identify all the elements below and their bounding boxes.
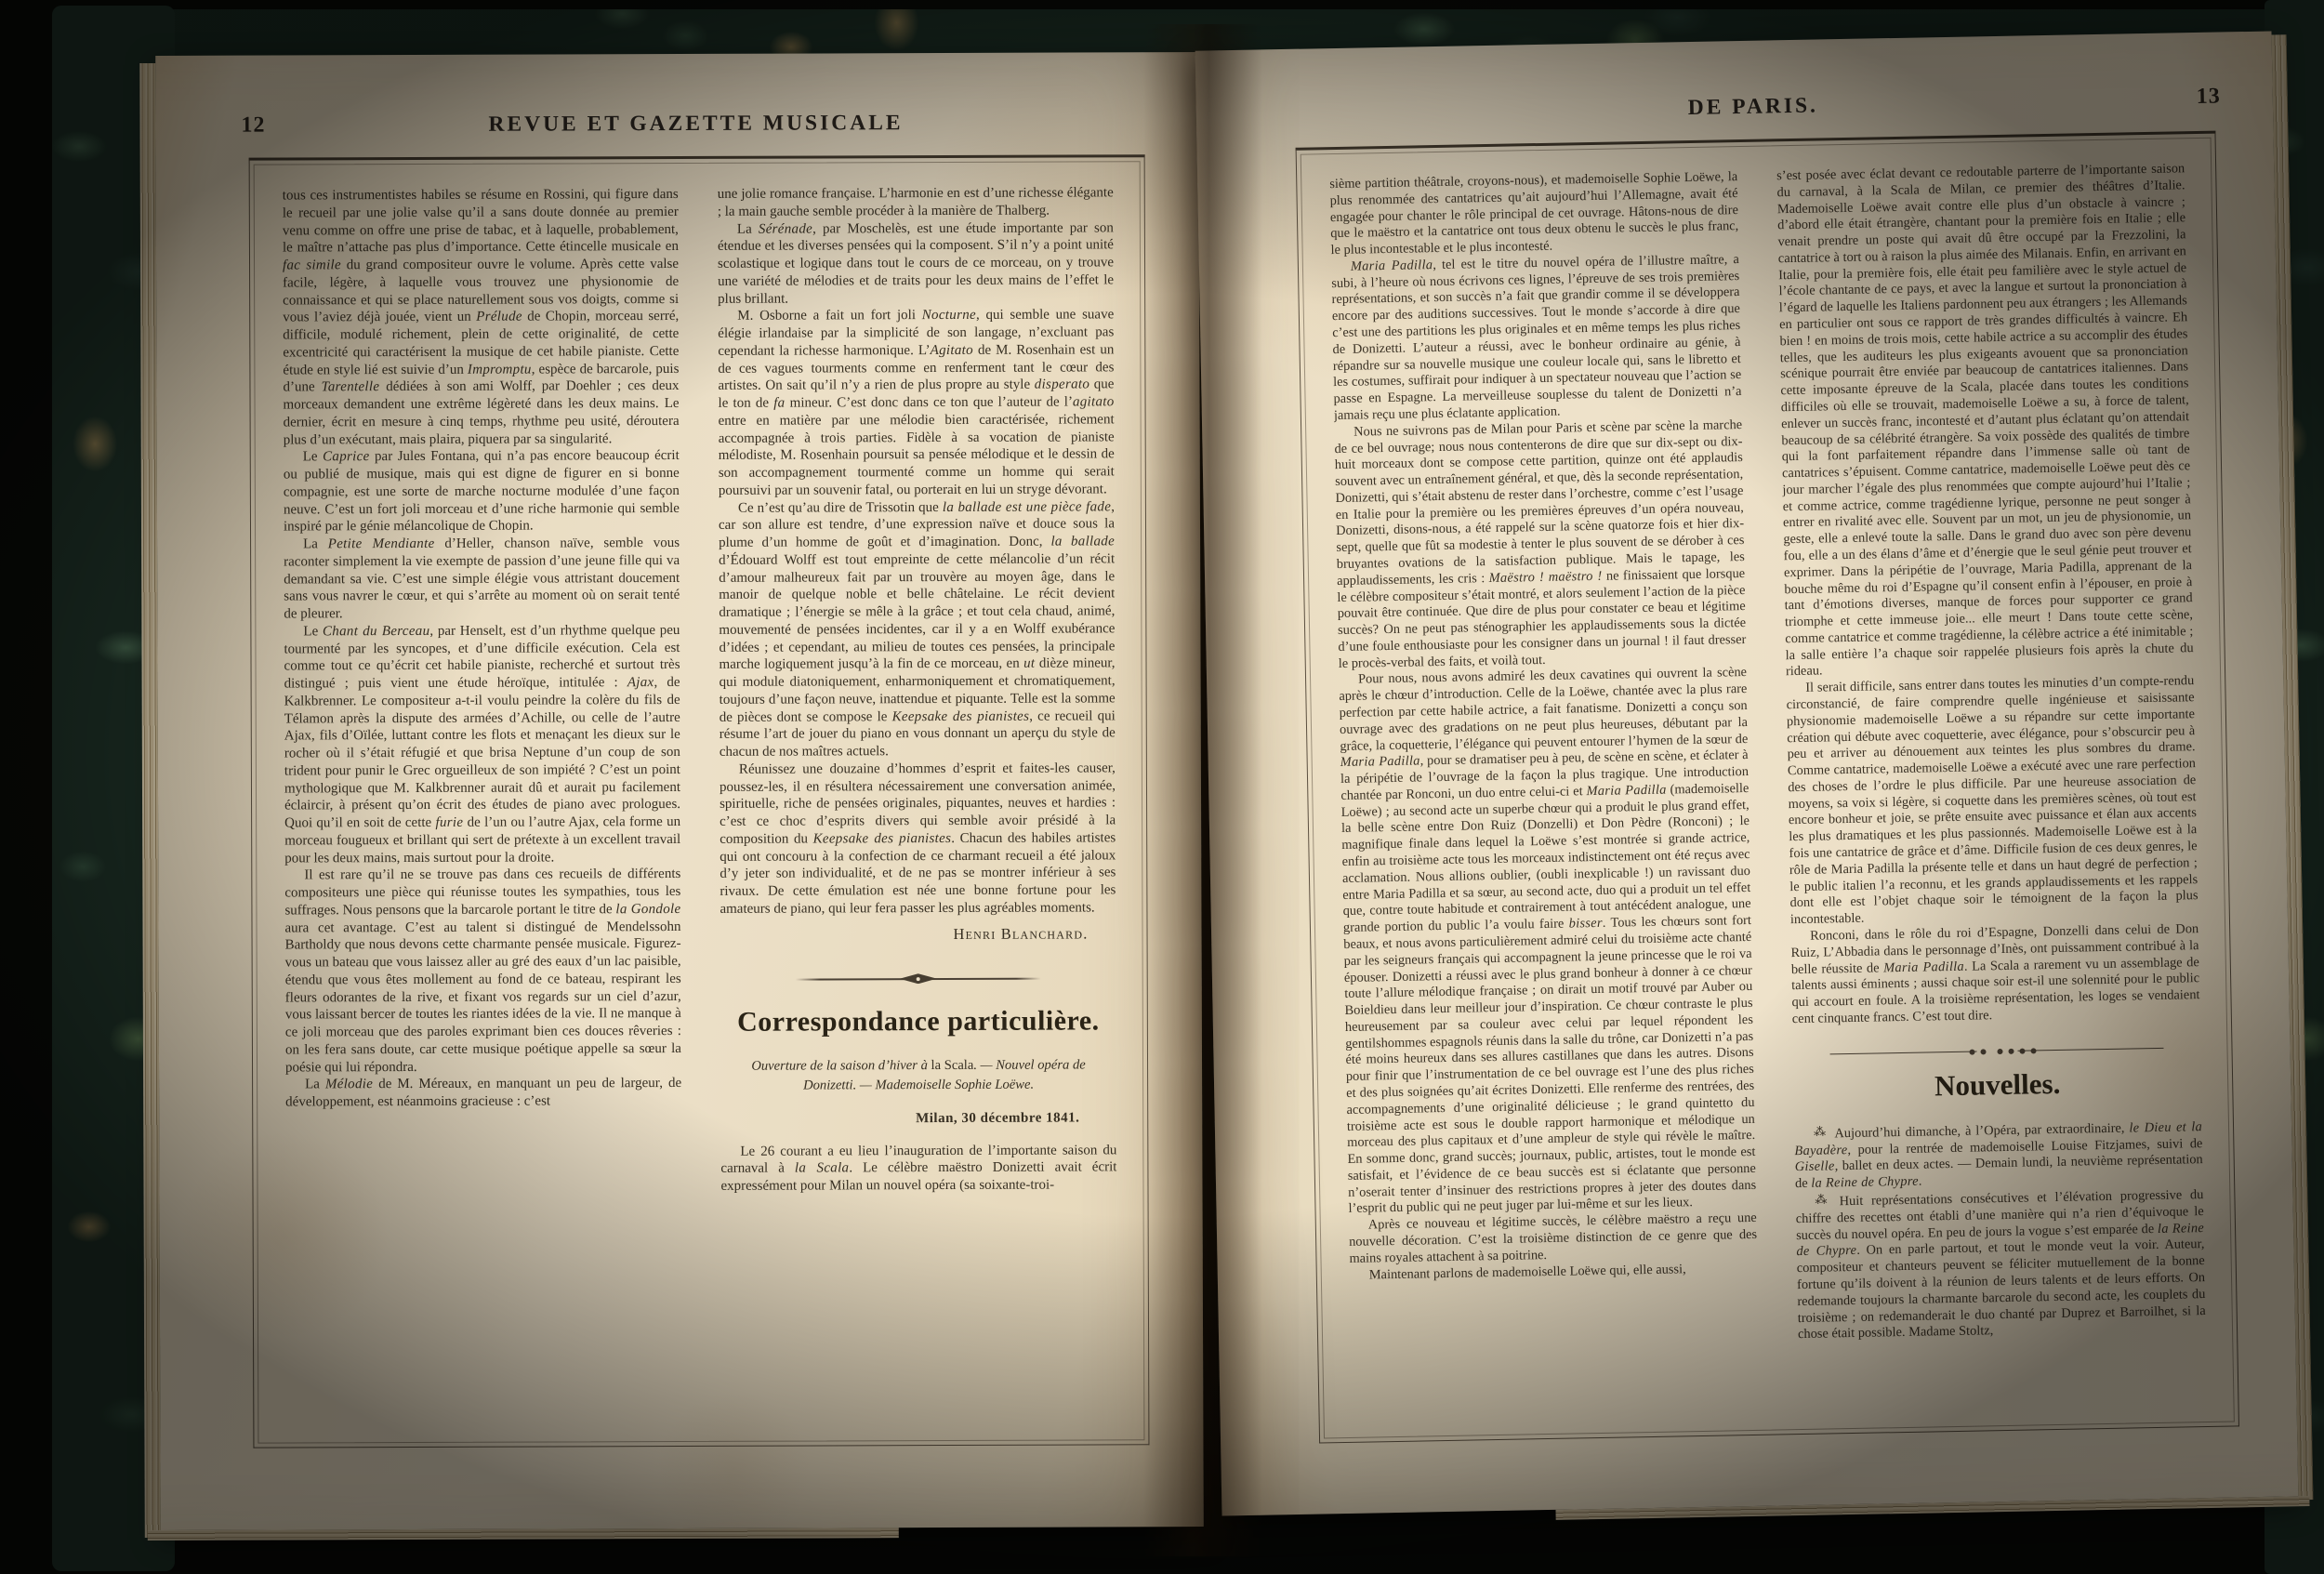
paragraph: Il serait difficile, sans entrer dans to… <box>1786 673 2199 929</box>
correspondance-subtitle: Ouverture de la saison d’hiver à la Scal… <box>724 1055 1113 1096</box>
paragraph: Après ce nouveau et légitime succès, le … <box>1349 1210 1758 1267</box>
column-2-right-page: s’est posée avec éclat devant ce redouta… <box>1776 161 2207 1414</box>
rule-frame-left: tous ces instrumentistes habiles se résu… <box>249 154 1150 1448</box>
ornament-bar <box>2017 1048 2164 1052</box>
news-item: ⁂Aujourd’hui dimanche, à l’Opéra, par ex… <box>1794 1118 2203 1193</box>
nouvelles-title: Nouvelles. <box>1793 1064 2202 1106</box>
column-2-left-paragraphs: une jolie romance française. L’harmonie … <box>718 184 1116 918</box>
paragraph: Ce n’est qu’au dire de Trissotin que la … <box>719 498 1116 761</box>
page-right: 13 DE PARIS. sième partition théâtrale, … <box>1195 32 2299 1516</box>
paragraph: La Mélodie de M. Méreaux, en manquant un… <box>285 1075 681 1111</box>
author-signature: Henri Blanchard. <box>720 924 1116 945</box>
correspondance-title: Correspondance particulière. <box>720 1003 1116 1039</box>
ornament-bar <box>1830 1051 1977 1054</box>
paragraph: une jolie romance française. L’harmonie … <box>718 184 1114 220</box>
paragraph: sième partition théâtrale, croyons-nous)… <box>1329 169 1739 259</box>
paragraph: Il est rare qu’il ne se trouve pas dans … <box>284 866 681 1076</box>
asterism-mark: ⁂ <box>1814 1124 1829 1138</box>
column-1-left-page: tous ces instrumentistes habiles se résu… <box>283 186 683 1427</box>
paragraph: Maria Padilla, tel est le titre du nouve… <box>1331 252 1742 425</box>
text-columns-left: tous ces instrumentistes habiles se résu… <box>255 162 1144 1442</box>
paragraph: M. Osborne a fait un fort joli Nocturne,… <box>718 307 1115 500</box>
correspondance-dateline: Milan, 30 décembre 1841. <box>720 1109 1116 1128</box>
diamond-rule-ornament <box>796 972 1041 986</box>
rule-frame-right: sième partition théâtrale, croyons-nous)… <box>1296 131 2239 1444</box>
nouvelles-items: ⁂Aujourd’hui dimanche, à l’Opéra, par ex… <box>1794 1118 2206 1343</box>
correspondance-body: Le 26 courant a eu lieu l’inauguration d… <box>720 1142 1116 1196</box>
paragraph: Ronconi, dans le rôle du roi d’Espagne, … <box>1790 921 2200 1028</box>
asterism-mark: ⁂ <box>1815 1192 1832 1206</box>
paragraph: Le Caprice par Jules Fontana, qui n’a pa… <box>284 447 680 536</box>
beaded-rule-ornament <box>1829 1045 2163 1057</box>
news-item-text: Aujourd’hui dimanche, à l’Opéra, par ext… <box>1794 1119 2203 1191</box>
news-item-text: Huit représentations consécutives et l’é… <box>1796 1187 2206 1342</box>
paragraph: La Petite Mendiante d’Heller, chanson na… <box>284 535 680 623</box>
paragraph: s’est posée avec éclat devant ce redouta… <box>1776 161 2194 681</box>
column-1-right-page: sième partition théâtrale, croyons-nous)… <box>1329 169 1760 1422</box>
running-title-left: REVUE ET GAZETTE MUSICALE <box>257 110 1133 138</box>
ornament-beads <box>1997 1049 2002 1054</box>
paragraph: tous ces instrumentistes habiles se résu… <box>283 186 680 449</box>
page-left: 12 REVUE ET GAZETTE MUSICALE tous ces in… <box>155 52 1204 1530</box>
paragraph: Le Chant du Berceau, par Henselt, est d’… <box>284 622 680 867</box>
column-2-right-paragraphs: s’est posée avec éclat devant ce redouta… <box>1776 161 2200 1028</box>
paragraph: Nous ne suivrons pas de Milan pour Paris… <box>1334 417 1747 673</box>
paragraph: Pour nous, nous avons admiré les deux ca… <box>1339 665 1757 1218</box>
book-photo: 12 REVUE ET GAZETTE MUSICALE tous ces in… <box>0 0 2324 1574</box>
text-columns-right: sième partition théâtrale, croyons-nous)… <box>1301 139 2234 1438</box>
paragraph: La Sérénade, par Moschelès, est une étud… <box>718 219 1114 308</box>
ornament-diamond <box>900 973 937 984</box>
paragraph: Réunissez une douzaine d’hommes d’esprit… <box>720 760 1116 918</box>
news-item: ⁂Huit représentations consécutives et l’… <box>1795 1185 2206 1343</box>
running-title-right: DE PARIS. <box>1299 86 2208 128</box>
column-2-left-page: une jolie romance française. L’harmonie … <box>718 184 1118 1425</box>
